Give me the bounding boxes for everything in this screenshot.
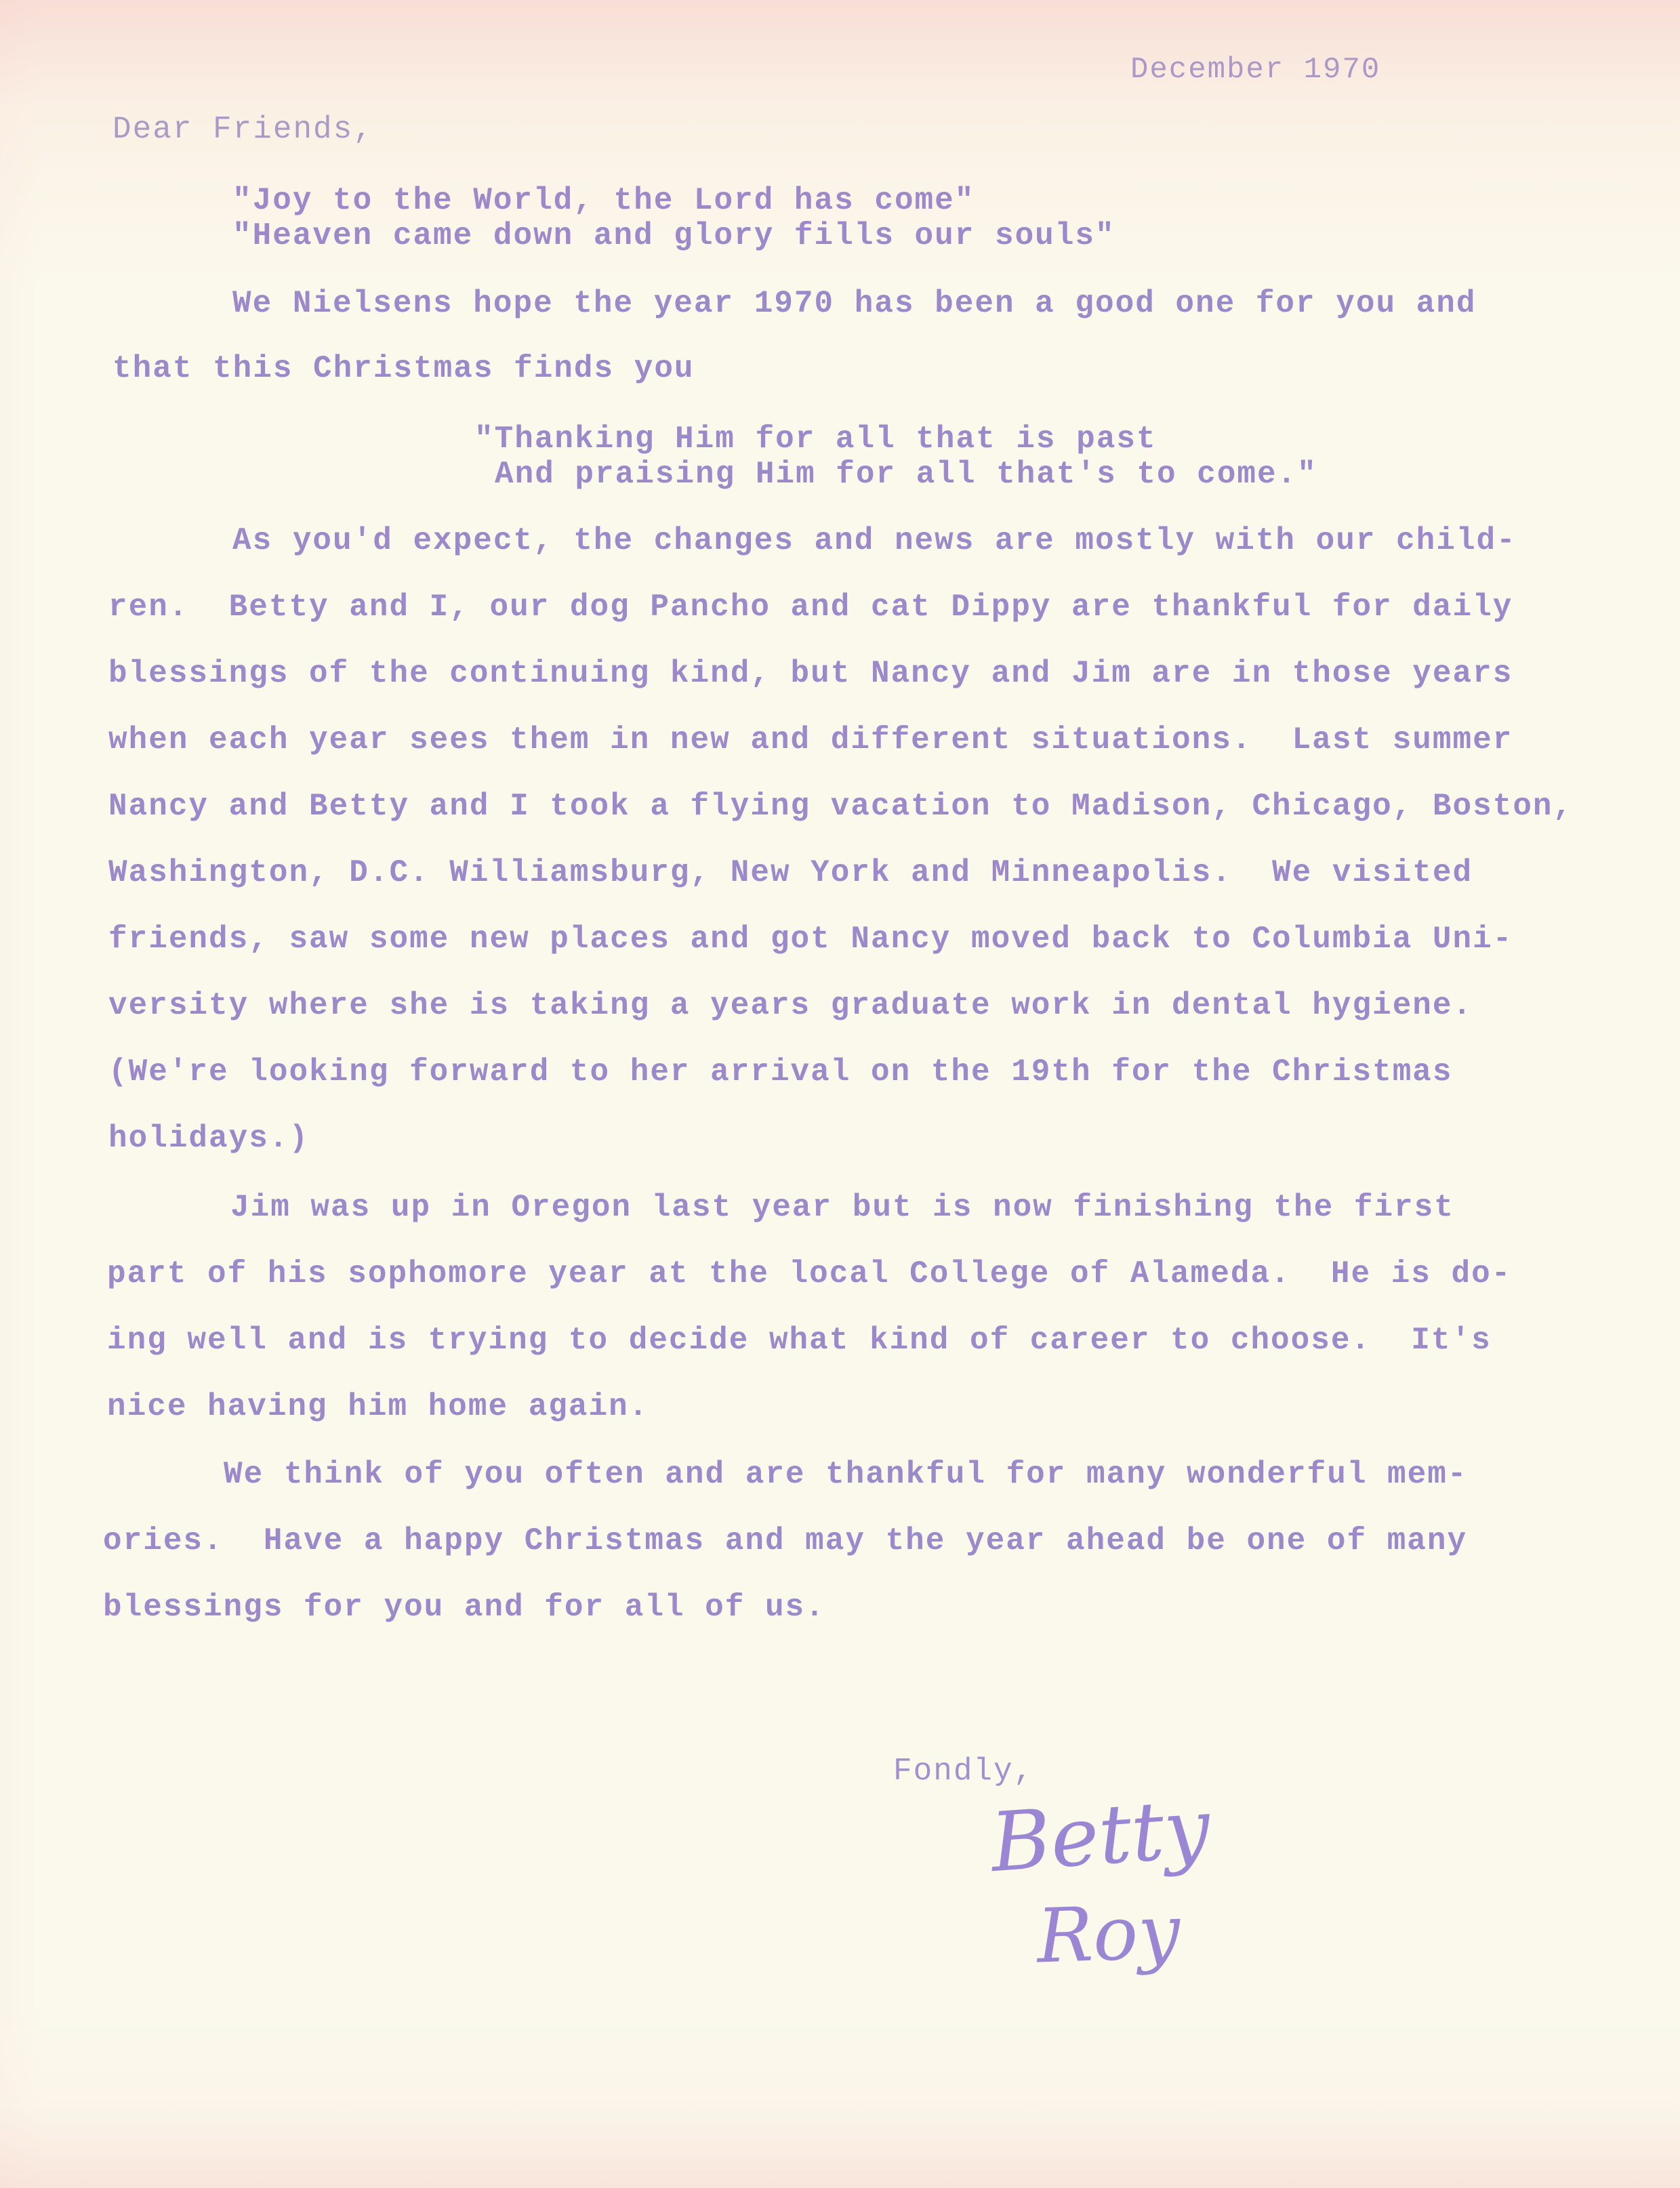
paragraph-line: Nancy and Betty and I took a flying vaca…	[108, 789, 1573, 824]
paragraph-line: friends, saw some new places and got Nan…	[108, 922, 1513, 957]
paragraph-line: that this Christmas finds you	[112, 351, 695, 386]
paragraph-line: (We're looking forward to her arrival on…	[108, 1054, 1453, 1090]
paragraph-line: when each year sees them in new and diff…	[108, 722, 1513, 758]
paragraph-line: versity where she is taking a years grad…	[108, 988, 1473, 1023]
paragraph-line: ing well and is trying to decide what ki…	[107, 1323, 1492, 1358]
paragraph-line: part of his sophomore year at the local …	[107, 1256, 1511, 1292]
paragraph-line: We Nielsens hope the year 1970 has been …	[232, 286, 1476, 321]
paragraph-line: ories. Have a happy Christmas and may th…	[103, 1523, 1467, 1559]
paragraph-line: ren. Betty and I, our dog Pancho and cat…	[108, 590, 1513, 625]
paragraph-line: Jim was up in Oregon last year but is no…	[230, 1190, 1454, 1225]
paragraph-line: As you'd expect, the changes and news ar…	[232, 523, 1517, 558]
letter-paper	[0, 0, 1680, 2188]
hymn-quote-line: "Joy to the World, the Lord has come"	[232, 183, 975, 218]
inset-quote-line: "Thanking Him for all that is past	[474, 421, 1157, 457]
signature-betty: Betty	[988, 1781, 1213, 1891]
closing: Fondly,	[893, 1754, 1033, 1789]
letter-date: December 1970	[1130, 53, 1380, 87]
paragraph-line: nice having him home again.	[107, 1389, 649, 1424]
paragraph-line: Washington, D.C. Williamsburg, New York …	[108, 855, 1473, 890]
inset-quote-line: And praising Him for all that's to come.…	[495, 457, 1317, 492]
salutation: Dear Friends,	[112, 112, 373, 147]
paragraph-line: blessings for you and for all of us.	[103, 1590, 825, 1625]
paragraph-line: holidays.)	[108, 1121, 309, 1156]
paragraph-line: We think of you often and are thankful f…	[224, 1457, 1467, 1492]
signature-roy: Roy	[1036, 1888, 1182, 1979]
paragraph-line: blessings of the continuing kind, but Na…	[108, 656, 1513, 691]
hymn-quote-line: "Heaven came down and glory fills our so…	[232, 218, 1115, 253]
